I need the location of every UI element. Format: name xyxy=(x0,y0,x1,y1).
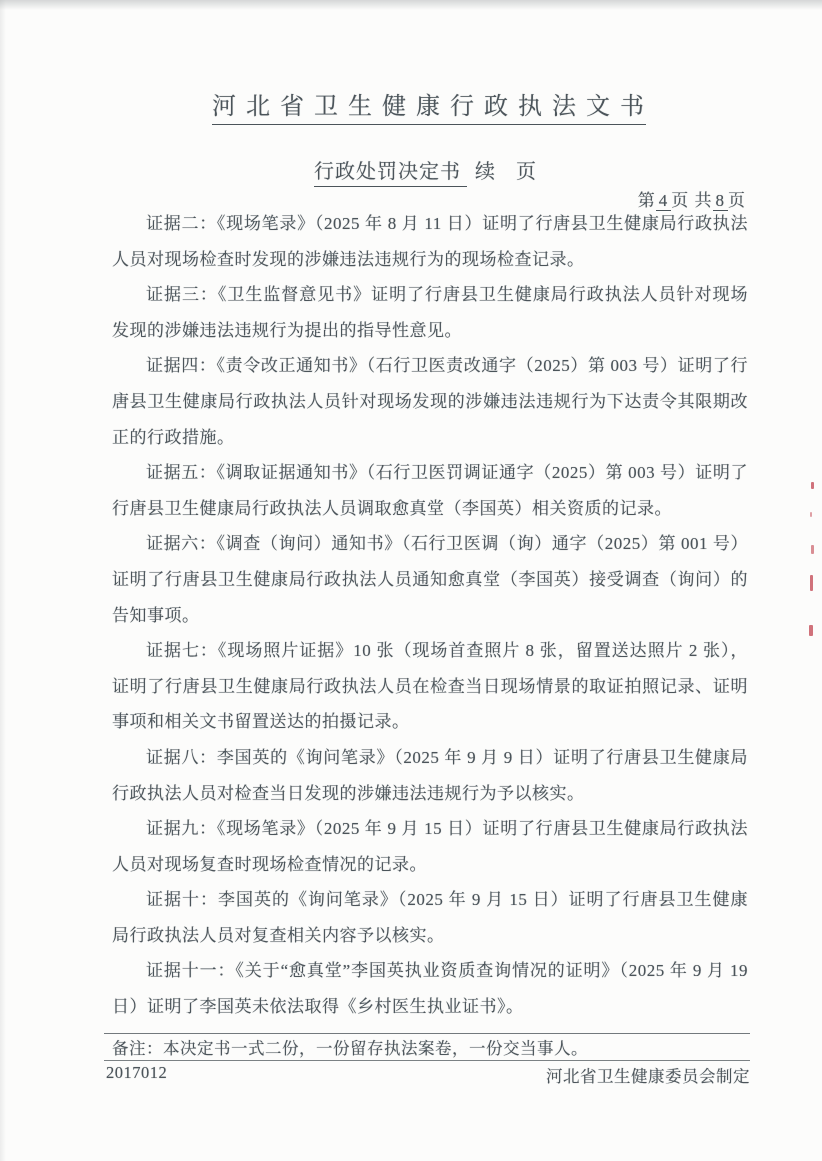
footer-divider-bottom xyxy=(104,1060,750,1061)
evidence-paragraph: 证据九：《现场笔录》（2025 年 9 月 15 日）证明了行唐县卫生健康局行政… xyxy=(112,811,748,882)
stamp-edge-mark xyxy=(810,575,813,591)
stamp-edge-mark xyxy=(811,482,814,489)
issuer: 河北省卫生健康委员会制定 xyxy=(546,1063,750,1087)
evidence-paragraph: 证据五：《调取证据通知书》（石行卫医罚调证通字（2025）第 003 号）证明了… xyxy=(112,455,748,526)
evidence-paragraph: 证据四：《责令改正通知书》（石行卫医责改通字（2025）第 003 号）证明了行… xyxy=(112,348,748,455)
footer-note: 备注：本决定书一式二份，一份留存执法案卷，一份交当事人。 xyxy=(112,1035,748,1059)
document-title-text: 河 北 省 卫 生 健 康 行 政 执 法 文 书 xyxy=(212,94,646,125)
stamp-edge-mark xyxy=(810,512,812,517)
scanned-document-page: 河 北 省 卫 生 健 康 行 政 执 法 文 书 行政处罚决定书续 页 第4页… xyxy=(0,0,822,1161)
stamp-edge-mark xyxy=(811,545,814,554)
stamp-edge-mark xyxy=(809,625,813,636)
document-subtitle: 行政处罚决定书续 页 xyxy=(112,155,746,184)
evidence-paragraph: 证据七：《现场照片证据》10 张（现场首查照片 8 张，留置送达照片 2 张），… xyxy=(112,633,748,740)
evidence-paragraph: 证据十：李国英的《询问笔录》（2025 年 9 月 15 日）证明了行唐县卫生健… xyxy=(112,882,748,953)
document-body: 证据二：《现场笔录》（2025 年 8 月 11 日）证明了行唐县卫生健康局行政… xyxy=(112,206,748,1025)
footer-divider-top xyxy=(104,1033,750,1034)
evidence-paragraph: 证据十一：《关于“愈真堂”李国英执业资质查询情况的证明》（2025 年 9 月 … xyxy=(112,953,748,1024)
evidence-paragraph: 证据六：《调查（询问）通知书》（石行卫医调（询）通字（2025）第 001 号）… xyxy=(112,526,748,633)
document-subtitle-text: 行政处罚决定书 xyxy=(314,161,467,187)
document-subtitle-suffix: 续 页 xyxy=(475,161,544,183)
scan-edge-top xyxy=(0,0,822,10)
scan-edge-left xyxy=(0,0,6,1161)
form-number: 2017012 xyxy=(106,1063,167,1087)
evidence-paragraph: 证据三：《卫生监督意见书》证明了行唐县卫生健康局行政执法人员针对现场发现的涉嫌违… xyxy=(112,277,748,348)
evidence-paragraph: 证据二：《现场笔录》（2025 年 8 月 11 日）证明了行唐县卫生健康局行政… xyxy=(112,206,748,277)
evidence-paragraph: 证据八：李国英的《询问笔录》（2025 年 9 月 9 日）证明了行唐县卫生健康… xyxy=(112,740,748,811)
footer-bottom-row: 2017012 河北省卫生健康委员会制定 xyxy=(106,1063,750,1087)
document-title: 河 北 省 卫 生 健 康 行 政 执 法 文 书 xyxy=(112,86,746,121)
